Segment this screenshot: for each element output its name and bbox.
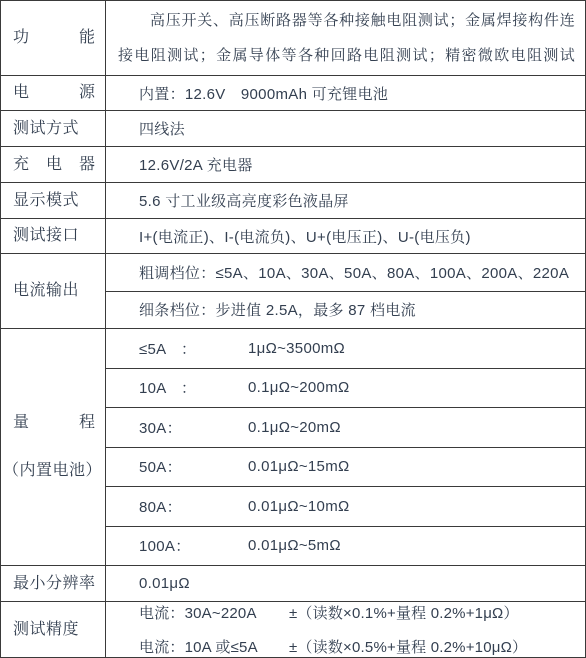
range-row-value: 1μΩ~3500mΩ bbox=[248, 340, 345, 357]
range-row-value: 0.1μΩ~20mΩ bbox=[248, 419, 341, 436]
range-row-key: 80A： bbox=[139, 496, 248, 517]
row-min-resolution-label: 最小分辨率 bbox=[1, 566, 106, 601]
range-row-value: 0.1μΩ~200mΩ bbox=[248, 379, 350, 396]
accuracy-condition: 电流：10A 或≤5A bbox=[139, 636, 289, 657]
accuracy-line-1: 电流：30A~220A ±（读数×0.1%+量程 0.2%+1μΩ） bbox=[139, 602, 581, 623]
row-range-label: 量 程 （内置电池） bbox=[1, 329, 106, 565]
row-min-resolution: 最小分辨率 0.01μΩ bbox=[1, 566, 585, 602]
row-power: 电 源 内置：12.6V 9000mAh 可充锂电池 bbox=[1, 76, 585, 111]
range-row-30a: 30A： 0.1μΩ~20mΩ bbox=[106, 408, 585, 448]
row-function-value: 高压开关、高压断路器等各种接触电阻测试；金属焊接构件连 接电阻测试；金属导体等各… bbox=[106, 1, 585, 75]
range-label-line-2: （内置电池） bbox=[3, 461, 105, 481]
accuracy-lines: 电流：30A~220A ±（读数×0.1%+量程 0.2%+1μΩ） 电流：10… bbox=[106, 602, 585, 657]
accuracy-value: ±（读数×0.1%+量程 0.2%+1μΩ） bbox=[289, 602, 519, 623]
row-accuracy-label: 测试精度 bbox=[1, 602, 106, 657]
row-charger-label: 充 电 器 bbox=[1, 147, 106, 182]
row-test-interface-value: I+(电流正)、I-(电流负)、U+(电压正)、U-(电压负) bbox=[106, 219, 585, 253]
row-display-mode-value: 5.6 寸工业级高亮度彩色液晶屏 bbox=[106, 183, 585, 218]
current-output-subrows: 粗调档位：≤5A、10A、30A、50A、80A、100A、200A、220A … bbox=[106, 254, 585, 328]
row-charger-value: 12.6V/2A 充电器 bbox=[106, 147, 585, 182]
row-charger: 充 电 器 12.6V/2A 充电器 bbox=[1, 147, 585, 183]
range-row-value: 0.01μΩ~5mΩ bbox=[248, 537, 341, 554]
range-row-5a: ≤5A ： 1μΩ~3500mΩ bbox=[106, 329, 585, 369]
row-test-method-value: 四线法 bbox=[106, 111, 585, 146]
row-min-resolution-value: 0.01μΩ bbox=[106, 566, 585, 601]
row-current-output-label: 电流输出 bbox=[1, 254, 106, 328]
range-row-key: 100A： bbox=[139, 535, 248, 556]
row-current-output: 电流输出 粗调档位：≤5A、10A、30A、50A、80A、100A、200A、… bbox=[1, 254, 585, 329]
current-output-coarse: 粗调档位：≤5A、10A、30A、50A、80A、100A、200A、220A bbox=[106, 254, 585, 292]
range-row-key: 10A ： bbox=[139, 377, 248, 398]
row-power-value: 内置：12.6V 9000mAh 可充锂电池 bbox=[106, 76, 585, 110]
range-row-value: 0.01μΩ~10mΩ bbox=[248, 498, 350, 515]
row-range: 量 程 （内置电池） ≤5A ： 1μΩ~3500mΩ 10A ： 0.1μΩ~… bbox=[1, 329, 585, 566]
range-row-key: 30A： bbox=[139, 417, 248, 438]
row-test-method: 测试方式 四线法 bbox=[1, 111, 585, 147]
current-output-fine: 细条档位：步进值 2.5A，最多 87 档电流 bbox=[106, 292, 585, 329]
range-subrows: ≤5A ： 1μΩ~3500mΩ 10A ： 0.1μΩ~200mΩ 30A： … bbox=[106, 329, 585, 565]
spec-table: 功 能 高压开关、高压断路器等各种接触电阻测试；金属焊接构件连 接电阻测试；金属… bbox=[0, 0, 586, 658]
range-row-key: 50A： bbox=[139, 456, 248, 477]
row-display-mode-label: 显示模式 bbox=[1, 183, 106, 218]
accuracy-value: ±（读数×0.5%+量程 0.2%+10μΩ） bbox=[289, 636, 527, 657]
row-function: 功 能 高压开关、高压断路器等各种接触电阻测试；金属焊接构件连 接电阻测试；金属… bbox=[1, 1, 585, 76]
row-function-label: 功 能 bbox=[1, 1, 106, 75]
range-row-80a: 80A： 0.01μΩ~10mΩ bbox=[106, 487, 585, 527]
range-row-100a: 100A： 0.01μΩ~5mΩ bbox=[106, 527, 585, 566]
range-row-50a: 50A： 0.01μΩ~15mΩ bbox=[106, 448, 585, 488]
range-row-10a: 10A ： 0.1μΩ~200mΩ bbox=[106, 369, 585, 409]
range-label-line-1: 量 程 bbox=[13, 413, 105, 433]
range-row-value: 0.01μΩ~15mΩ bbox=[248, 458, 350, 475]
row-test-method-label: 测试方式 bbox=[1, 111, 106, 146]
function-line-1: 高压开关、高压断路器等各种接触电阻测试；金属焊接构件连 bbox=[118, 3, 575, 38]
row-test-interface-label: 测试接口 bbox=[1, 219, 106, 253]
range-row-key: ≤5A ： bbox=[139, 338, 248, 359]
row-power-label: 电 源 bbox=[1, 76, 106, 110]
row-test-interface: 测试接口 I+(电流正)、I-(电流负)、U+(电压正)、U-(电压负) bbox=[1, 219, 585, 254]
row-accuracy: 测试精度 电流：30A~220A ±（读数×0.1%+量程 0.2%+1μΩ） … bbox=[1, 602, 585, 657]
function-line-2: 接电阻测试；金属导体等各种回路电阻测试；精密微欧电阻测试 bbox=[118, 38, 575, 73]
row-display-mode: 显示模式 5.6 寸工业级高亮度彩色液晶屏 bbox=[1, 183, 585, 219]
accuracy-line-2: 电流：10A 或≤5A ±（读数×0.5%+量程 0.2%+10μΩ） bbox=[139, 636, 581, 657]
accuracy-condition: 电流：30A~220A bbox=[139, 602, 289, 623]
